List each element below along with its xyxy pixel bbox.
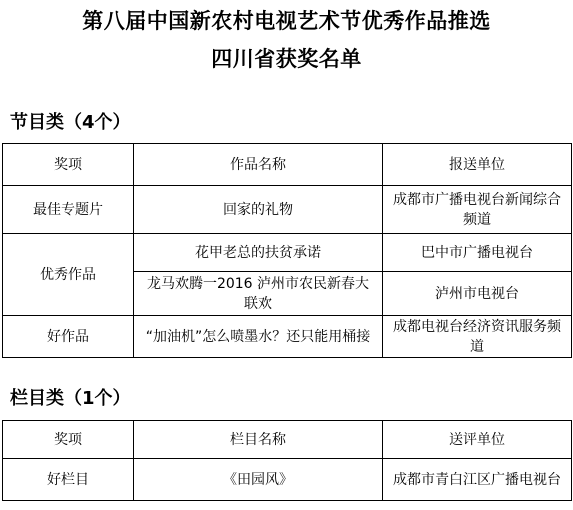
section-heading-programs: 节目类（4个）: [10, 112, 131, 134]
table-row: 优秀作品 花甲老总的扶贫承诺 巴中市广播电视台: [3, 234, 572, 272]
table-row: 好作品 “加油机”怎么喷墨水？还只能用桶接 成都电视台经济资讯服务频道: [3, 316, 572, 358]
section-heading-columns: 栏目类（1个）: [10, 388, 131, 410]
award-cell: 优秀作品: [3, 234, 134, 316]
column-name-cell: 《田园风》: [134, 459, 383, 501]
table-row: 最佳专题片 回家的礼物 成都市广播电视台新闻综合频道: [3, 186, 572, 234]
header-award: 奖项: [3, 144, 134, 186]
award-cell: 好栏目: [3, 459, 134, 501]
table-header-row: 奖项 作品名称 报送单位: [3, 144, 572, 186]
unit-cell: 泸州市电视台: [383, 272, 572, 316]
unit-cell: 成都市青白江区广播电视台: [383, 459, 572, 501]
unit-cell: 成都电视台经济资讯服务频道: [383, 316, 572, 358]
header-work-name: 作品名称: [134, 144, 383, 186]
document-title-line-1: 第八届中国新农村电视艺术节优秀作品推选: [0, 8, 573, 34]
award-cell: 好作品: [3, 316, 134, 358]
work-name-cell: 龙马欢腾一2016 泸州市农民新春大联欢: [134, 272, 383, 316]
unit-cell: 巴中市广播电视台: [383, 234, 572, 272]
unit-cell: 成都市广播电视台新闻综合频道: [383, 186, 572, 234]
document-title-line-2: 四川省获奖名单: [0, 46, 573, 72]
header-submitting-unit: 送评单位: [383, 421, 572, 459]
work-name-cell: 花甲老总的扶贫承诺: [134, 234, 383, 272]
header-submitting-unit: 报送单位: [383, 144, 572, 186]
award-cell: 最佳专题片: [3, 186, 134, 234]
work-name-cell: 回家的礼物: [134, 186, 383, 234]
header-column-name: 栏目名称: [134, 421, 383, 459]
table-row: 好栏目 《田园风》 成都市青白江区广播电视台: [3, 459, 572, 501]
table-header-row: 奖项 栏目名称 送评单位: [3, 421, 572, 459]
work-name-cell: “加油机”怎么喷墨水？还只能用桶接: [134, 316, 383, 358]
programs-table: 奖项 作品名称 报送单位 最佳专题片 回家的礼物 成都市广播电视台新闻综合频道 …: [2, 143, 572, 358]
header-award: 奖项: [3, 421, 134, 459]
columns-table: 奖项 栏目名称 送评单位 好栏目 《田园风》 成都市青白江区广播电视台: [2, 420, 572, 501]
